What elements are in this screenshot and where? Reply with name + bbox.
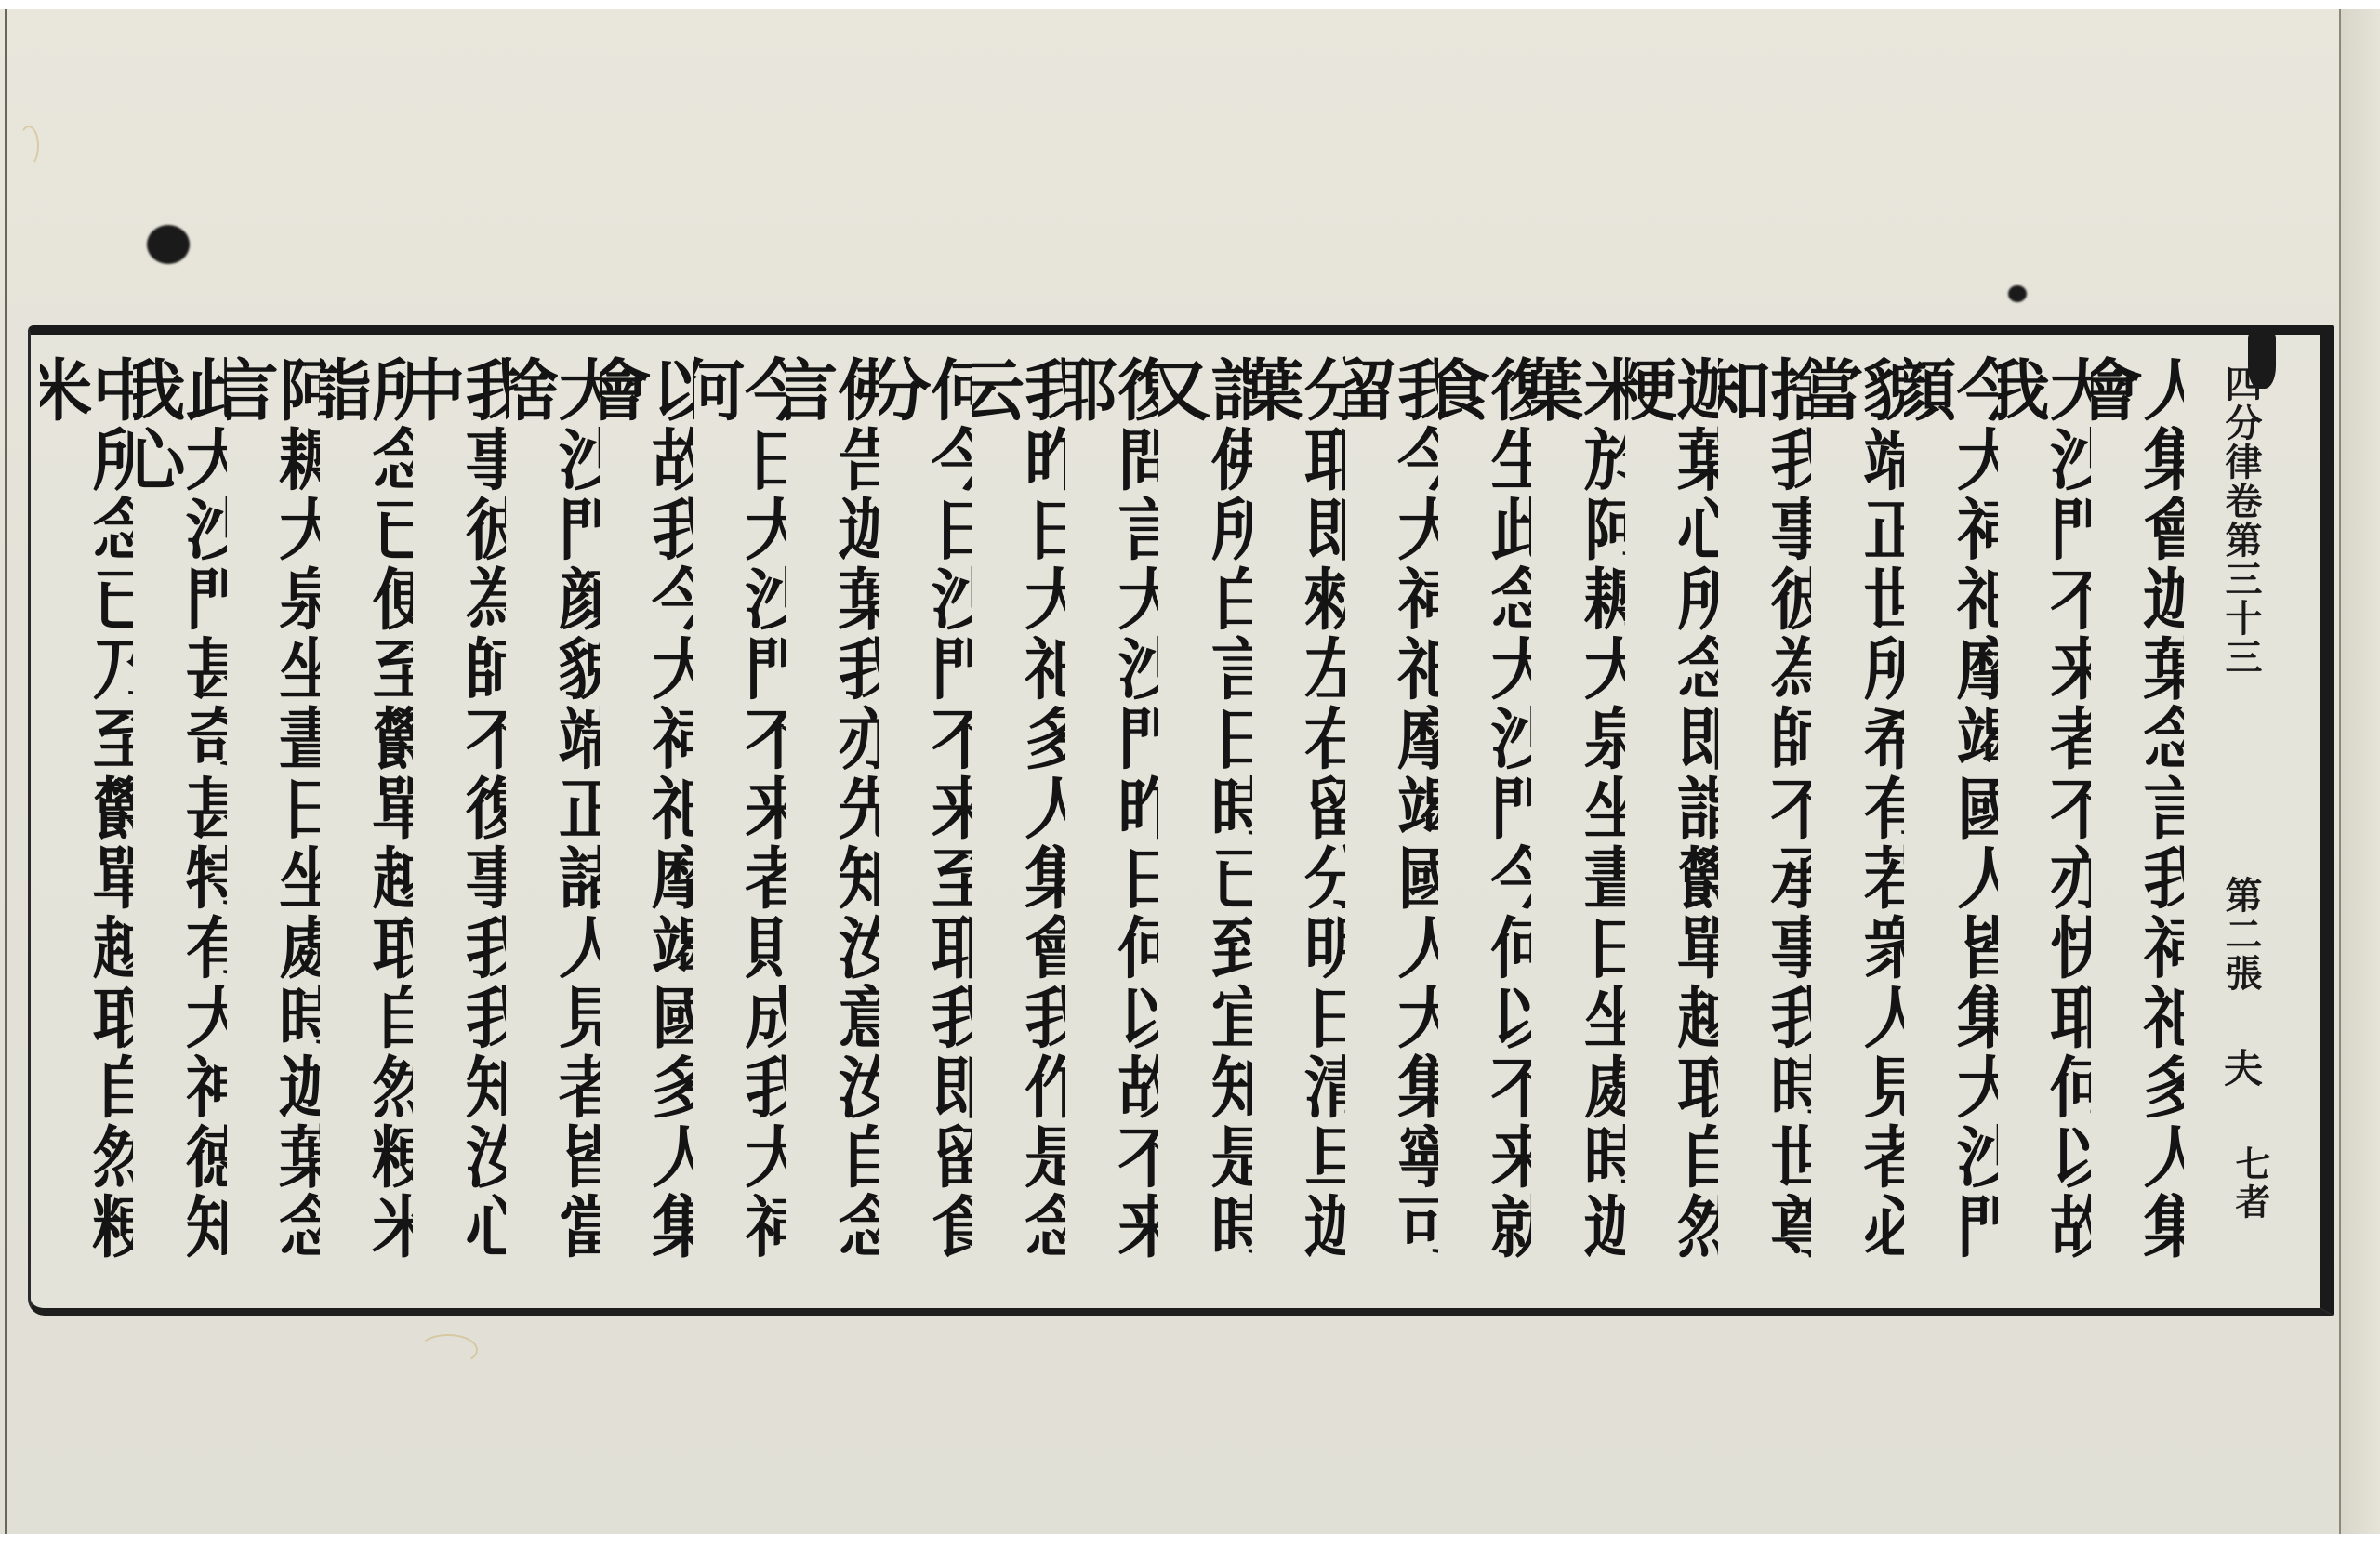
- block-character: 夫: [2207, 1048, 2274, 1090]
- text-column-5: 捨我事彼為師不承事我時世尊知: [1718, 355, 1811, 1313]
- text-column-7: 米於阿耨大泉坐晝日坐處時迦葉: [1531, 355, 1624, 1313]
- ink-blot: [2008, 285, 2027, 302]
- text-column-1: 人集會迦葉念言我祠祀多人集會: [2091, 355, 2184, 1313]
- text-column-13: 我昨日大祀多人集會我作是念云: [972, 355, 1065, 1313]
- text-column-10: 分耶即勑左右留分明日清旦迦葉: [1252, 355, 1345, 1313]
- text-column-23: 中所念已乃至欝單越取自然粳米: [40, 355, 133, 1313]
- text-column-20: 所念已便至欝單越取自然粳米詣: [320, 355, 413, 1313]
- text-column-4: 貌端正世所希有若衆人見者必當: [1811, 355, 1904, 1313]
- text-column-9: 我今大祠祀摩竭國人大集寧可留: [1345, 355, 1438, 1313]
- text-column-6: 迦葉心所念即詣欝單越取自然粳: [1625, 355, 1718, 1313]
- text-column-11: 詣佛所白言日時已到宜知是時又: [1158, 355, 1251, 1313]
- printed-block-frame: 四分律卷第三十三 第二張 夫 七者 人集會迦葉念言我祠祀多人集會 大沙門不来者不…: [28, 325, 2334, 1316]
- text-column-17: 以故我今大祠祀摩竭國多人集會: [600, 355, 693, 1313]
- text-column-2: 大沙門不来者不亦快耶何以故我: [1998, 355, 2091, 1313]
- text-column-18: 大沙門顔貌端正諸人見者皆當捨: [506, 355, 599, 1313]
- volume-title: 四分律卷第三十三: [2207, 364, 2274, 677]
- scanned-page: 四分律卷第三十三 第二張 夫 七者 人集會迦葉念言我祠祀多人集會 大沙門不来者不…: [0, 9, 2380, 1534]
- ink-blot: [147, 225, 190, 264]
- text-column-19: 我事彼為師不復事我我知汝心中: [413, 355, 506, 1313]
- text-column-21: 阿耨大泉坐晝日坐處時迦葉念言: [227, 355, 320, 1313]
- margin-column: 四分律卷第三十三 第二張 夫 七者: [2184, 355, 2311, 1313]
- text-column-12: 復問言大沙門昨日何以故不来耶: [1065, 355, 1158, 1313]
- paper-stain: [418, 1334, 478, 1366]
- text-column-16: 今日大沙門不来者則成我大祠何: [693, 355, 786, 1313]
- text-column-22: 此大沙門甚奇甚特有大神徳知我心: [133, 355, 226, 1313]
- page-number-label: 第二張: [2207, 876, 2274, 993]
- text-column-3: 今大祠祀摩竭國人皆集大沙門顔: [1904, 355, 1997, 1313]
- paper-stain: [19, 126, 39, 166]
- page-fold-edge: [2341, 9, 2380, 1534]
- text-column-15: 佛告迦葉我亦先知汝意汝自念言: [786, 355, 879, 1313]
- text-column-8: 復生此念大沙門今何以不来就食: [1438, 355, 1531, 1313]
- text-column-14: 何今日沙門不来至耶我即留食分: [879, 355, 972, 1313]
- carver-mark: 七者: [2216, 1145, 2283, 1222]
- text-columns: 四分律卷第三十三 第二張 夫 七者 人集會迦葉念言我祠祀多人集會 大沙門不来者不…: [31, 335, 2320, 1308]
